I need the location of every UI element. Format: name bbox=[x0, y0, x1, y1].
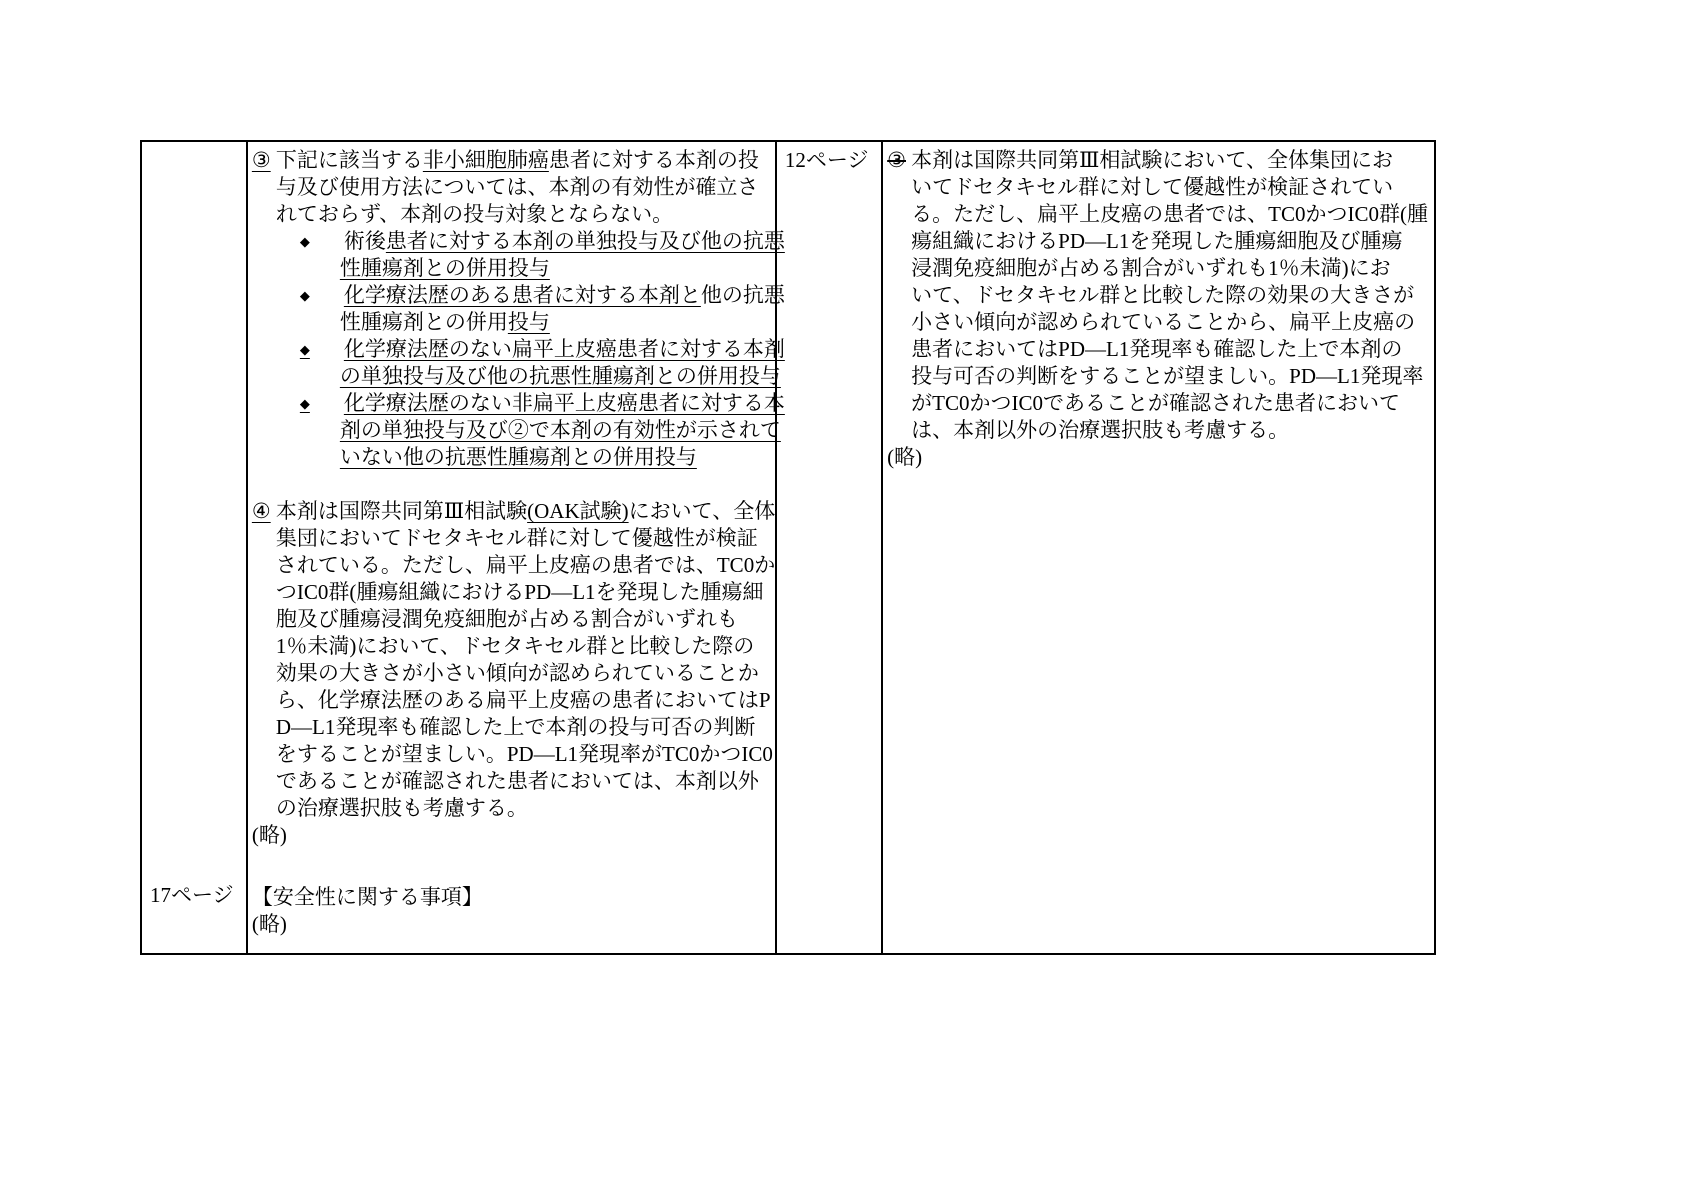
text-line: 与及び使用方法については、本剤の有効性が確立さ bbox=[252, 174, 769, 201]
left-page-number-column: 17ページ bbox=[142, 142, 248, 953]
item-number: ④ bbox=[252, 498, 271, 525]
text-segment: がTC0かつIC0であることが確認された患者において bbox=[911, 391, 1400, 415]
text-segment: されている。ただし、扁平上皮癌の患者では、TC0か bbox=[276, 553, 775, 577]
text-segment: いない他の抗悪性腫瘍剤との併用投与 bbox=[340, 445, 697, 469]
text-segment: 与及び使用方法については、本剤の有効性が確立さ bbox=[276, 175, 759, 199]
text-segment: (略) bbox=[252, 912, 287, 936]
text-segment: (OAK試験) bbox=[527, 499, 628, 523]
text-segment: D—L1発現率も確認した上で本剤の投与可否の判断 bbox=[276, 715, 756, 739]
revision-comparison-table: 17ページ ③下記に該当する非小細胞肺癌患者に対する本剤の投与及び使用方法につい… bbox=[140, 140, 1436, 955]
text-line: 胞及び腫瘍浸潤免疫細胞が占める割合がいずれも bbox=[252, 606, 769, 633]
spacer bbox=[252, 849, 769, 884]
text-line: であることが確認された患者においては、本剤以外 bbox=[252, 768, 769, 795]
text-segment: いて、ドセタキセル群と比較した際の効果の大きさが bbox=[911, 283, 1414, 307]
page-label-12: 12ページ bbox=[785, 147, 875, 174]
text-segment: の単独投与及び他の抗悪性腫瘍剤との併用投与 bbox=[340, 364, 781, 388]
text-line: ◆術後患者に対する本剤の単独投与及び他の抗悪 bbox=[252, 228, 769, 255]
text-segment: 集団においてドセタキセル群に対して優越性が検証 bbox=[276, 526, 758, 550]
text-segment: であることが確認された患者においては、本剤以外 bbox=[276, 769, 759, 793]
item-number: ③ bbox=[887, 147, 906, 174]
text-line: されている。ただし、扁平上皮癌の患者では、TC0か bbox=[252, 552, 769, 579]
text-line: をすることが望ましい。PD—L1発現率がTC0かつIC0 bbox=[252, 741, 769, 768]
text-line: いない他の抗悪性腫瘍剤との併用投与 bbox=[252, 444, 769, 471]
text-line: 患者においてはPD—L1発現率も確認した上で本剤の bbox=[887, 336, 1428, 363]
text-line: 投与可否の判断をすることが望ましい。PD—L1発現率 bbox=[887, 363, 1428, 390]
text-line: いてドセタキセル群に対して優越性が検証されてい bbox=[887, 174, 1428, 201]
text-line: いて、ドセタキセル群と比較した際の効果の大きさが bbox=[887, 282, 1428, 309]
text-segment: 剤の単独投与及び②で本剤の有効性が示されて bbox=[340, 418, 781, 442]
text-line: 剤の単独投与及び②で本剤の有効性が示されて bbox=[252, 417, 769, 444]
text-segment: 浸潤免疫細胞が占める割合がいずれも1％未満)にお bbox=[911, 256, 1391, 280]
text-line: れておらず、本剤の投与対象とならない。 bbox=[252, 201, 769, 228]
text-line: 性腫瘍剤との併用投与 bbox=[252, 255, 769, 282]
text-segment: 投与 bbox=[508, 310, 550, 334]
text-segment: いてドセタキセル群に対して優越性が検証されてい bbox=[911, 175, 1393, 199]
proposed-text-column: ③下記に該当する非小細胞肺癌患者に対する本剤の投与及び使用方法については、本剤の… bbox=[248, 142, 777, 953]
right-page-number-column: 12ページ bbox=[777, 142, 883, 953]
text-segment: 本剤は国際共同第Ⅲ相試験において、全体集団にお bbox=[911, 148, 1393, 172]
text-line: 性腫瘍剤との併用投与 bbox=[252, 309, 769, 336]
text-segment: ら、化学療法歴のある扁平上皮癌の患者においてはP bbox=[276, 688, 771, 712]
text-line: ◆化学療法歴のある患者に対する本剤と他の抗悪 bbox=[252, 282, 769, 309]
current-text-column: ③本剤は国際共同第Ⅲ相試験において、全体集団においてドセタキセル群に対して優越性… bbox=[883, 142, 1434, 953]
text-line: がTC0かつIC0であることが確認された患者において bbox=[887, 390, 1428, 417]
text-segment: 化学療法歴のある患者に対する本剤と bbox=[344, 283, 701, 307]
text-line: は、本剤以外の治療選択肢も考慮する。 bbox=[887, 417, 1428, 444]
text-segment: 術後 bbox=[344, 229, 386, 253]
text-segment: は、本剤以外の治療選択肢も考慮する。 bbox=[911, 418, 1289, 442]
text-segment: 性腫瘍剤との併用 bbox=[340, 310, 508, 334]
document-page: 17ページ ③下記に該当する非小細胞肺癌患者に対する本剤の投与及び使用方法につい… bbox=[0, 0, 1695, 1187]
text-segment: 本剤は国際共同第Ⅲ相試験 bbox=[276, 499, 527, 523]
text-line: 1％未満)において、ドセタキセル群と比較した際の bbox=[252, 633, 769, 660]
text-segment: 小さい傾向が認められていることから、扁平上皮癌の bbox=[911, 310, 1415, 334]
text-segment: る。ただし、扁平上皮癌の患者では、TC0かつIC0群(腫 bbox=[911, 202, 1428, 226]
text-line: つIC0群(腫瘍組織におけるPD—L1を発現した腫瘍細 bbox=[252, 579, 769, 606]
text-line: (略) bbox=[887, 444, 1428, 471]
text-line: ③下記に該当する非小細胞肺癌患者に対する本剤の投 bbox=[252, 147, 769, 174]
text-line: 集団においてドセタキセル群に対して優越性が検証 bbox=[252, 525, 769, 552]
text-segment: において、全体 bbox=[629, 499, 776, 523]
text-line: 【安全性に関する事項】 bbox=[252, 884, 769, 911]
text-segment: 非小細胞肺癌 bbox=[423, 148, 549, 172]
text-segment: (略) bbox=[252, 823, 287, 847]
text-line: ③本剤は国際共同第Ⅲ相試験において、全体集団にお bbox=[887, 147, 1428, 174]
text-line: 効果の大きさが小さい傾向が認められていることか bbox=[252, 660, 769, 687]
bullet-diamond-icon: ◆ bbox=[300, 228, 310, 255]
text-segment: 下記に該当する bbox=[276, 148, 423, 172]
text-segment: (略) bbox=[887, 445, 922, 469]
text-line: 浸潤免疫細胞が占める割合がいずれも1％未満)にお bbox=[887, 255, 1428, 282]
text-line: ら、化学療法歴のある扁平上皮癌の患者においてはP bbox=[252, 687, 769, 714]
text-line: ◆化学療法歴のない扁平上皮癌患者に対する本剤 bbox=[252, 336, 769, 363]
text-segment: れておらず、本剤の投与対象とならない。 bbox=[276, 202, 673, 226]
text-line: 瘍組織におけるPD—L1を発現した腫瘍細胞及び腫瘍 bbox=[887, 228, 1428, 255]
text-segment: の治療選択肢も考慮する。 bbox=[276, 796, 528, 820]
text-segment: 【安全性に関する事項】 bbox=[252, 885, 483, 909]
text-segment: 投与可否の判断をすることが望ましい。PD—L1発現率 bbox=[911, 364, 1423, 388]
text-line: 小さい傾向が認められていることから、扁平上皮癌の bbox=[887, 309, 1428, 336]
text-line: (略) bbox=[252, 911, 769, 938]
item-number: ③ bbox=[252, 147, 271, 174]
text-segment: 1％未満)において、ドセタキセル群と比較した際の bbox=[276, 634, 754, 658]
text-segment: 患者に対する本剤の単独投与及び他の抗悪 bbox=[386, 229, 785, 253]
spacer bbox=[252, 471, 769, 498]
text-line: D—L1発現率も確認した上で本剤の投与可否の判断 bbox=[252, 714, 769, 741]
bullet-diamond-icon: ◆ bbox=[300, 336, 310, 363]
text-segment: 瘍組織におけるPD—L1を発現した腫瘍細胞及び腫瘍 bbox=[911, 229, 1402, 253]
text-line: の治療選択肢も考慮する。 bbox=[252, 795, 769, 822]
text-segment: 他の抗悪 bbox=[701, 283, 785, 307]
text-segment: 胞及び腫瘍浸潤免疫細胞が占める割合がいずれも bbox=[276, 607, 738, 631]
bullet-diamond-icon: ◆ bbox=[300, 282, 310, 309]
text-line: る。ただし、扁平上皮癌の患者では、TC0かつIC0群(腫 bbox=[887, 201, 1428, 228]
text-segment: をすることが望ましい。PD—L1発現率がTC0かつIC0 bbox=[276, 742, 773, 766]
bullet-diamond-icon: ◆ bbox=[300, 390, 310, 417]
text-segment: 化学療法歴のない非扁平上皮癌患者に対する本 bbox=[344, 391, 785, 415]
text-line: (略) bbox=[252, 822, 769, 849]
text-line: ◆化学療法歴のない非扁平上皮癌患者に対する本 bbox=[252, 390, 769, 417]
text-segment: 患者においてはPD—L1発現率も確認した上で本剤の bbox=[911, 337, 1402, 361]
text-line: の単独投与及び他の抗悪性腫瘍剤との併用投与 bbox=[252, 363, 769, 390]
text-segment: 効果の大きさが小さい傾向が認められていることか bbox=[276, 661, 759, 685]
text-segment: つIC0群(腫瘍組織におけるPD—L1を発現した腫瘍細 bbox=[276, 580, 764, 604]
text-segment: 化学療法歴のない扁平上皮癌患者に対する本剤 bbox=[344, 337, 785, 361]
text-segment: 患者に対する本剤の投 bbox=[549, 148, 759, 172]
page-label-17: 17ページ bbox=[150, 882, 234, 909]
text-line: ④本剤は国際共同第Ⅲ相試験(OAK試験)において、全体 bbox=[252, 498, 769, 525]
text-segment: 性腫瘍剤との併用投与 bbox=[340, 256, 550, 280]
